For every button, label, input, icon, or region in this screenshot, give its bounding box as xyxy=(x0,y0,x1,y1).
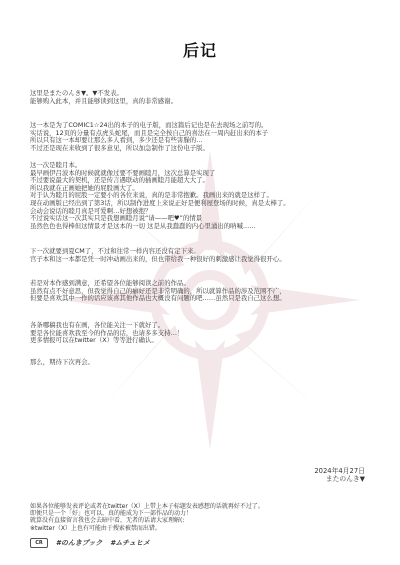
text-line: 但要是喜欢其中一作的话应该喜其他作品也大概没有问题的吧……虽然只是我自己这么想。 xyxy=(30,295,370,303)
text-line: 虽然色色也得棒但这情景才是这本的一切 这是从我蠢蠢的内心里涌出的呐喊…… xyxy=(30,223,370,231)
hashtag: #ムチュヒメ xyxy=(110,538,150,548)
paragraph-farewell: 那么，期待下次再会。 xyxy=(30,359,370,367)
hashtag: #のんきブック xyxy=(56,538,102,548)
text-line: 就算没有直接留言我也会去暗中看，无者的话请大家理解(: xyxy=(30,517,370,524)
signature-date: 2024年4月27日 xyxy=(314,467,365,475)
footnote: 如果各位能够发表评论或者在twitter（X）上带上本子标题发表感想的话就再好不… xyxy=(30,503,370,532)
paragraph-mutsuki: 这一次是睦月本。 最早画伊吕波本的时候就就像过要不要画睦月，这次总算是实现了 不… xyxy=(30,162,370,230)
signature-author: またのんき▼ xyxy=(314,475,365,483)
signature: 2024年4月27日 またのんき▼ xyxy=(314,467,365,483)
text-line: 不过还是现在来收到了很多意见，所以加急制作了这份电子版。 xyxy=(30,145,370,153)
paragraph-next-event: 下一次就要到夏CM了，不过和往常一样内容还没有定下来。 宫子本和这一本都是凭一时… xyxy=(30,248,370,263)
paragraph-previous-works: 若是对本作感到满意，还希望各位能够阅读之前的作品。 虽然有点不好意思，但我觉得自… xyxy=(30,280,370,303)
paragraph-greeting: 这里是またのんき▼。▼不发表。 能够购入此本，并且能够读到这里，真的非常感谢。 xyxy=(30,90,370,105)
circle-logo-icon: CR xyxy=(30,538,48,548)
text-line: 那么，期待下次再会。 xyxy=(30,359,370,367)
text-line: 宫子本和这一本都是凭一时冲动画出来的，但也带给我一种很好的刺激感让我觉得很开心。 xyxy=(30,256,370,264)
page-title: 后记 xyxy=(0,38,400,61)
paragraph-support: 各条哪稿我也有在画，各位能关注一下就好了。 要是各位能喜欢我至今的作品的话，也请… xyxy=(30,322,370,345)
text-line: 更多情报可以在twitter（X）等等进行确认。 xyxy=(30,337,370,345)
text-line: ※twitter（X）上也有可能由于搜索被禁而出错。 xyxy=(30,525,370,532)
hashtags: CR #のんきブック #ムチュヒメ xyxy=(30,538,150,548)
text-line: 能够购入此本，并且能够读到这里，真的非常感谢。 xyxy=(30,98,370,106)
paragraph-about-ebook: 这一本是为了COMIC1☆24出的本子的电子版，而这篇后记也是在去现场之前写的。… xyxy=(30,122,370,152)
